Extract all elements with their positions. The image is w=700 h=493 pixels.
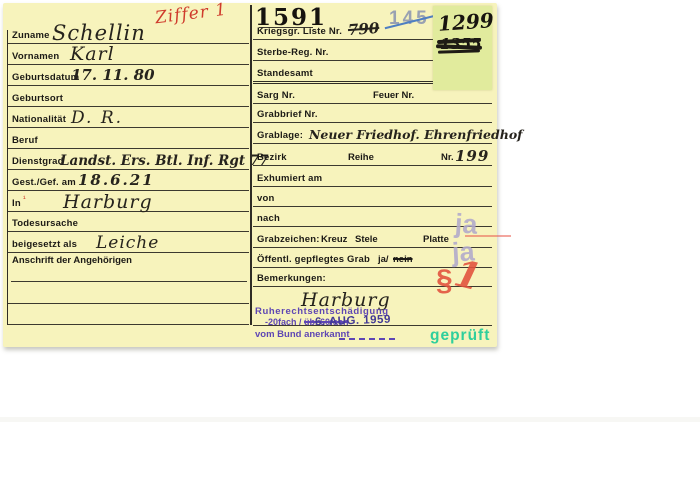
scanned-document-page: Zuname Schellin Vornamen Karl Geburtsdat… <box>0 0 700 493</box>
field-label: Nationalität <box>12 114 66 125</box>
handwritten-list-number-old: 790 <box>348 21 380 38</box>
field-row-geburtsdatum: Geburtsdatum 17. 11. 80 <box>8 65 249 86</box>
option-stele: Stele <box>355 234 378 245</box>
field-label: beigesetzt als <box>12 239 77 250</box>
field-label: Beruf <box>12 135 38 146</box>
field-row-exhumiert: Exhumiert am <box>253 167 492 187</box>
field-label: In <box>12 198 21 209</box>
handwritten-dienstgrad: Landst. Ers. Btl. Inf. Rgt 77 <box>60 155 269 169</box>
war-graves-index-card: Zuname Schellin Vornamen Karl Geburtsdat… <box>3 3 497 347</box>
ruled-line <box>253 325 492 326</box>
field-label: Grabbrief Nr. <box>257 109 318 120</box>
field-row-todesursache: Todesursache <box>8 212 249 232</box>
handwritten-zuname: Schellin <box>52 23 146 44</box>
field-row-gest-gef-am: Gest./Gef. am 18.6.21 <box>8 170 249 191</box>
field-row-beruf: Beruf <box>8 128 249 149</box>
column-divider-line <box>250 5 252 325</box>
field-row-grablage: Grablage: Neuer Friedhof. Ehrenfriedhof <box>253 125 492 144</box>
option-platte: Platte <box>423 234 449 245</box>
field-label-grabzeichen: Grabzeichen: <box>257 234 320 245</box>
field-row-beigesetzt-als: beigesetzt als Leiche <box>8 232 249 253</box>
handwritten-geburtsdatum: 17. 11. 80 <box>71 68 155 83</box>
field-label: Geburtsdatum <box>12 72 79 83</box>
field-label-anschrift: Anschrift der Angehörigen <box>12 255 132 266</box>
field-row-nationalitaet: Nationalität D. R. <box>8 107 249 128</box>
field-label-reihe: Reihe <box>348 152 374 163</box>
field-label-nr: Nr. <box>441 152 454 163</box>
ruled-line <box>11 281 247 282</box>
ruled-line <box>8 324 249 325</box>
option-nein-crossed: nein <box>393 254 413 265</box>
field-label-bezirk: Bezirk <box>257 152 287 163</box>
field-label: Sterbe-Reg. Nr. <box>257 47 329 58</box>
scan-artifact-streak <box>0 417 700 422</box>
handwritten-grab-nr: 199 <box>455 149 489 164</box>
field-label: nach <box>257 213 280 224</box>
field-row-von: von <box>253 187 492 207</box>
field-label: Kriegsgr. Liste Nr. <box>257 26 342 37</box>
field-label: Bemerkungen: <box>257 273 326 284</box>
handwritten-nationalitaet: D. R. <box>71 110 123 127</box>
handwritten-todesdatum: 18.6.21 <box>78 173 155 188</box>
scribble-stroke <box>438 49 480 53</box>
field-label: Öffentl. gepflegtes Grab <box>257 254 370 265</box>
field-row-zuname: Zuname Schellin <box>8 23 249 44</box>
field-label: Exhumiert am <box>257 173 322 184</box>
footnote-mark: ¹ <box>23 194 26 203</box>
purple-stamp-line3: vom Bund anerkannt <box>255 329 350 340</box>
field-label: Standesamt <box>257 68 313 79</box>
field-row-grabbrief: Grabbrief Nr. <box>253 105 492 123</box>
handwritten-sterbeort: Harburg <box>63 193 153 212</box>
field-label-sarg: Sarg Nr. <box>257 90 295 101</box>
stamp-signature-line <box>339 338 395 340</box>
field-label: Zuname <box>12 30 50 41</box>
handwritten-vornamen: Karl <box>70 45 115 64</box>
field-label: Vornamen <box>12 51 59 62</box>
field-row-dienstgrad: Dienstgrad Landst. Ers. Btl. Inf. Rgt 77 <box>8 149 249 170</box>
field-row-bezirk-reihe-nr: Bezirk Reihe Nr. 199 <box>253 146 492 166</box>
field-row-vornamen: Vornamen Karl <box>8 44 249 65</box>
handwritten-beigesetzt-als: Leiche <box>96 235 159 252</box>
left-border-line <box>7 30 8 325</box>
field-label: Dienstgrad <box>12 156 64 167</box>
geprueft-stamp: geprüft <box>430 327 490 345</box>
field-label: Grablage: <box>257 130 303 141</box>
green-number-label: 1299 1355 <box>433 6 492 90</box>
field-label: Geburtsort <box>12 93 63 104</box>
field-label: Gest./Gef. am <box>12 177 76 188</box>
option-kreuz: Kreuz <box>321 234 347 245</box>
handwritten-grablage: Neuer Friedhof. Ehrenfriedhof <box>309 129 523 142</box>
field-label: Todesursache <box>12 218 78 229</box>
field-label-feuer: Feuer Nr. <box>373 90 414 101</box>
handwritten-number-new: 1299 <box>437 10 494 34</box>
red-mark-line <box>465 235 511 237</box>
ruled-line <box>8 303 249 304</box>
field-label: von <box>257 193 275 204</box>
field-row-in: In ¹ Harburg <box>8 191 249 212</box>
field-row-geburtsort: Geburtsort <box>8 86 249 107</box>
option-ja: ja/ <box>378 254 389 265</box>
